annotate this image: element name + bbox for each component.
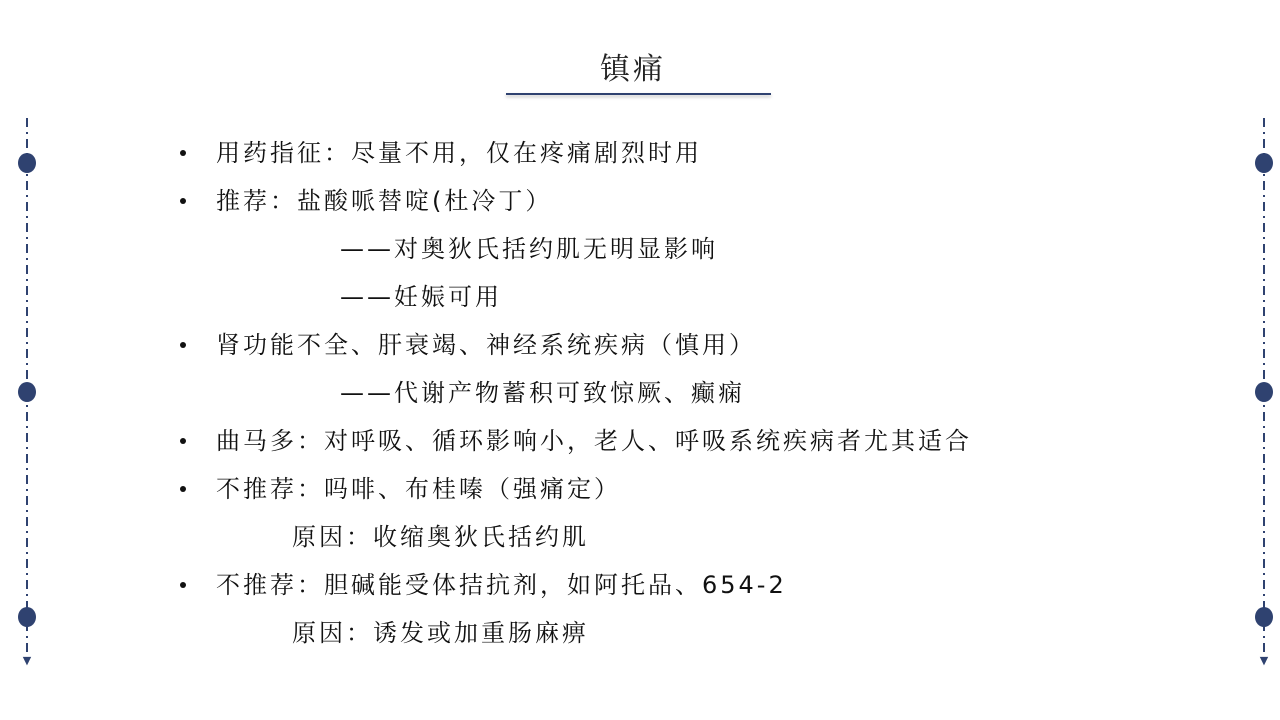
line-text: 不推荐：胆碱能受体拮抗剂，如阿托品、654-2 [216,564,787,606]
left-node-middle [18,382,36,402]
line-text: ——对奥狄氏括约肌无明显影响 [340,228,718,270]
line-text: 曲马多：对呼吸、循环影响小，老人、呼吸系统疾病者尤其适合 [216,420,972,462]
left-node-top [18,153,36,173]
line-text: 不推荐：吗啡、布桂嗪（强痛定） [216,468,621,510]
right-node-middle [1255,382,1273,402]
bullet-dot-icon [180,342,186,348]
line-text: 原因：诱发或加重肠麻痹 [292,612,589,654]
slide-title: 镇痛 [0,44,1266,88]
slide: 镇痛 ▼ ▼ 用药指征：尽量不用，仅在疼痛剧烈时用推荐：盐酸哌替啶(杜冷丁）——… [0,0,1280,720]
right-node-top [1255,153,1273,173]
line-text: ——代谢产物蓄积可致惊厥、癫痫 [340,372,745,414]
line-text: 原因：收缩奥狄氏括约肌 [292,516,589,558]
right-arrow-down-icon: ▼ [1259,656,1269,666]
line-text: 肾功能不全、肝衰竭、神经系统疾病（慎用） [216,324,756,366]
line-text: 推荐：盐酸哌替啶(杜冷丁） [216,180,552,222]
bullet-dot-icon [180,582,186,588]
left-node-bottom [18,607,36,627]
bullet-dot-icon [180,486,186,492]
bullet-dot-icon [180,198,186,204]
left-arrow-down-icon: ▼ [22,656,32,666]
line-text: ——妊娠可用 [340,276,502,318]
line-text: 用药指征：尽量不用，仅在疼痛剧烈时用 [216,132,702,174]
right-node-bottom [1255,607,1273,627]
title-underline [506,93,771,95]
bullet-dot-icon [180,438,186,444]
bullet-dot-icon [180,150,186,156]
